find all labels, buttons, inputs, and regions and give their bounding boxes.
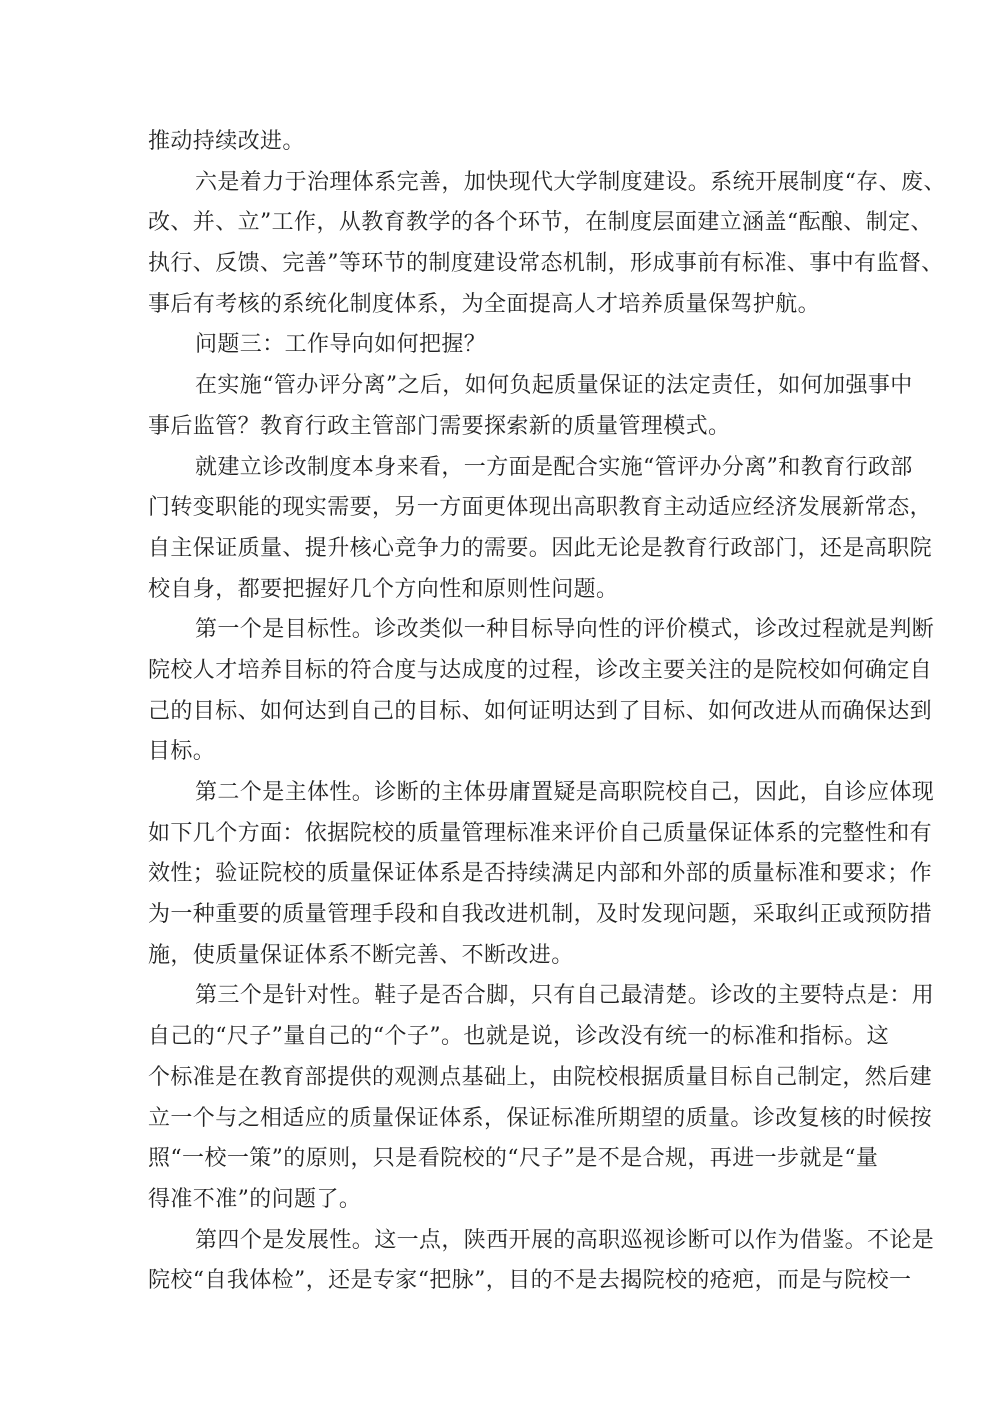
text-line: 施，使质量保证体系不断完善、不断改进。: [148, 936, 852, 977]
paragraph: 推动持续改进。: [148, 122, 852, 163]
text-line: 推动持续改进。: [148, 122, 852, 163]
text-line: 自主保证质量、提升核心竞争力的需要。因此无论是教育行政部门，还是高职院: [148, 529, 852, 570]
paragraph: 第二个是主体性。诊断的主体毋庸置疑是高职院校自己，因此，自诊应体现如下几个方面：…: [148, 773, 852, 976]
text-line: 第四个是发展性。这一点，陕西开展的高职巡视诊断可以作为借鉴。不论是: [148, 1221, 852, 1262]
text-line: 第三个是针对性。鞋子是否合脚，只有自己最清楚。诊改的主要特点是：用: [148, 976, 852, 1017]
text-line: 在实施“管办评分离”之后，如何负起质量保证的法定责任，如何加强事中: [148, 366, 852, 407]
paragraph: 就建立诊改制度本身来看，一方面是配合实施“管评办分离”和教育行政部门转变职能的现…: [148, 448, 852, 611]
text-line: 如下几个方面：依据院校的质量管理标准来评价自己质量保证体系的完整性和有: [148, 814, 852, 855]
paragraph: 第四个是发展性。这一点，陕西开展的高职巡视诊断可以作为借鉴。不论是院校“自我体检…: [148, 1221, 852, 1302]
text-line: 得准不准”的问题了。: [148, 1180, 852, 1221]
text-line: 六是着力于治理体系完善，加快现代大学制度建设。系统开展制度“存、废、: [148, 163, 852, 204]
text-line: 就建立诊改制度本身来看，一方面是配合实施“管评办分离”和教育行政部: [148, 448, 852, 489]
text-line: 立一个与之相适应的质量保证体系，保证标准所期望的质量。诊改复核的时候按: [148, 1099, 852, 1140]
text-line: 个标准是在教育部提供的观测点基础上，由院校根据质量目标自己制定，然后建: [148, 1058, 852, 1099]
text-line: 照“一校一策”的原则，只是看院校的“尺子”是不是合规，再进一步就是“量: [148, 1139, 852, 1180]
paragraph: 问题三：工作导向如何把握？: [148, 325, 852, 366]
text-line: 第一个是目标性。诊改类似一种目标导向性的评价模式，诊改过程就是判断: [148, 610, 852, 651]
text-line: 院校人才培养目标的符合度与达成度的过程，诊改主要关注的是院校如何确定自: [148, 651, 852, 692]
text-line: 门转变职能的现实需要，另一方面更体现出高职教育主动适应经济发展新常态，: [148, 488, 852, 529]
text-line: 自己的“尺子”量自己的“个子”。也就是说，诊改没有统一的标准和指标。这: [148, 1017, 852, 1058]
text-line: 院校“自我体检”，还是专家“把脉”，目的不是去揭院校的疮疤，而是与院校一: [148, 1261, 852, 1302]
text-line: 事后监管？教育行政主管部门需要探索新的质量管理模式。: [148, 407, 852, 448]
text-line: 目标。: [148, 732, 852, 773]
text-line: 执行、反馈、完善”等环节的制度建设常态机制，形成事前有标准、事中有监督、: [148, 244, 852, 285]
text-line: 己的目标、如何达到自己的目标、如何证明达到了目标、如何改进从而确保达到: [148, 692, 852, 733]
text-line: 第二个是主体性。诊断的主体毋庸置疑是高职院校自己，因此，自诊应体现: [148, 773, 852, 814]
paragraph: 六是着力于治理体系完善，加快现代大学制度建设。系统开展制度“存、废、改、并、立”…: [148, 163, 852, 326]
text-line: 校自身，都要把握好几个方向性和原则性问题。: [148, 570, 852, 611]
document-page: 推动持续改进。六是着力于治理体系完善，加快现代大学制度建设。系统开展制度“存、废…: [0, 0, 1000, 1414]
paragraph: 在实施“管办评分离”之后，如何负起质量保证的法定责任，如何加强事中事后监管？教育…: [148, 366, 852, 447]
document-body: 推动持续改进。六是着力于治理体系完善，加快现代大学制度建设。系统开展制度“存、废…: [148, 122, 852, 1302]
text-line: 效性；验证院校的质量保证体系是否持续满足内部和外部的质量标准和要求；作: [148, 854, 852, 895]
text-line: 为一种重要的质量管理手段和自我改进机制，及时发现问题，采取纠正或预防措: [148, 895, 852, 936]
text-line: 改、并、立”工作，从教育教学的各个环节，在制度层面建立涵盖“酝酿、制定、: [148, 203, 852, 244]
text-line: 问题三：工作导向如何把握？: [148, 325, 852, 366]
text-line: 事后有考核的系统化制度体系，为全面提高人才培养质量保驾护航。: [148, 285, 852, 326]
paragraph: 第一个是目标性。诊改类似一种目标导向性的评价模式，诊改过程就是判断院校人才培养目…: [148, 610, 852, 773]
paragraph: 第三个是针对性。鞋子是否合脚，只有自己最清楚。诊改的主要特点是：用自己的“尺子”…: [148, 976, 852, 1220]
